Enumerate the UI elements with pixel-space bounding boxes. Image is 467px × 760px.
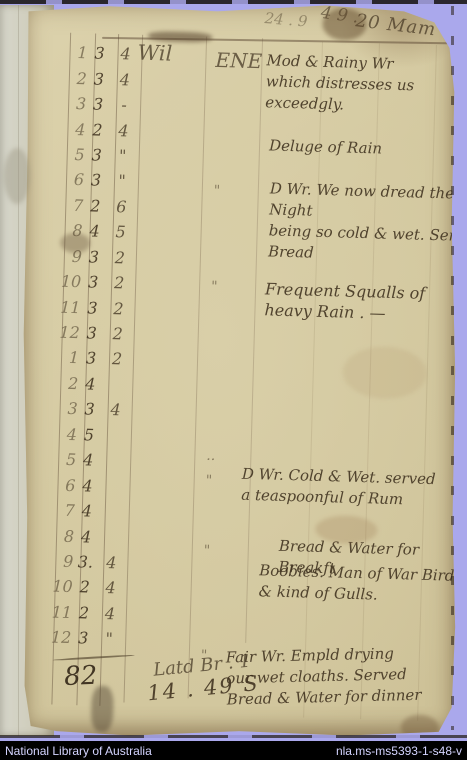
log-row: 9 3. 4 bbox=[47, 548, 140, 576]
scan-edge-top bbox=[0, 0, 467, 4]
fathoms-value bbox=[101, 435, 129, 436]
ditto-mark: .. bbox=[206, 448, 215, 464]
hour-value: 1 bbox=[61, 43, 88, 63]
hour-value: 10 bbox=[46, 577, 73, 597]
fathoms-value: 4 bbox=[101, 400, 130, 420]
knots-value: 3. bbox=[73, 552, 98, 572]
knots-value: 3 bbox=[71, 628, 96, 648]
hour-value: 12 bbox=[45, 628, 72, 648]
knots-value: 4 bbox=[76, 450, 101, 470]
hour-value: 1 bbox=[53, 348, 80, 368]
column-rule bbox=[188, 37, 207, 699]
manuscript-page: 24 . 9 4 9 . 20 Mam Wil ENE 1 3 4 2 bbox=[22, 4, 456, 737]
log-row: 4 2 4 bbox=[59, 116, 152, 144]
ink-stain bbox=[322, 8, 367, 41]
hour-value: 11 bbox=[54, 297, 81, 317]
log-row: 11 2 4 bbox=[46, 599, 139, 627]
fathoms-value: 2 bbox=[103, 349, 132, 369]
knots-value: 3 bbox=[84, 145, 109, 165]
hour-value: 7 bbox=[57, 195, 84, 215]
hour-value: 10 bbox=[55, 272, 82, 292]
knots-value: 2 bbox=[72, 603, 97, 623]
hour-value: 12 bbox=[54, 322, 81, 342]
knots-value: 3 bbox=[87, 69, 112, 89]
hour-value: 3 bbox=[51, 399, 78, 419]
log-row: 4 5 bbox=[51, 421, 144, 449]
knots-value: 4 bbox=[75, 476, 100, 496]
log-row: 5 3 " bbox=[58, 141, 151, 169]
fathoms-value: 4 bbox=[96, 578, 125, 598]
knots-value: 3 bbox=[81, 272, 106, 292]
log-table: 1 3 4 2 3 4 3 3 - bbox=[45, 40, 154, 653]
ditto-mark: " bbox=[211, 279, 218, 295]
fathoms-value: 2 bbox=[106, 248, 135, 268]
scan-edge-right bbox=[451, 6, 454, 730]
library-name-label: National Library of Australia bbox=[5, 744, 152, 758]
log-row: 7 4 bbox=[48, 497, 141, 525]
hour-value: 2 bbox=[52, 373, 79, 393]
fathoms-value bbox=[102, 384, 130, 385]
knots-value: 2 bbox=[72, 577, 97, 597]
page-content: 24 . 9 4 9 . 20 Mam Wil ENE 1 3 4 2 bbox=[2, 0, 467, 760]
knots-value: 4 bbox=[74, 527, 99, 547]
fathoms-value bbox=[100, 486, 128, 487]
remark-note: Deluge of Rain bbox=[269, 135, 383, 159]
hour-value: 7 bbox=[49, 500, 76, 520]
daily-total: 82 bbox=[64, 661, 98, 692]
hour-value: 2 bbox=[61, 68, 88, 88]
hour-value: 3 bbox=[60, 94, 87, 114]
fathoms-value: 4 bbox=[109, 120, 138, 140]
paper-stain bbox=[4, 148, 30, 204]
log-row: 2 4 bbox=[52, 370, 145, 398]
knots-value: 3 bbox=[80, 323, 105, 343]
hour-value: 9 bbox=[47, 551, 74, 571]
fathoms-value: 2 bbox=[104, 298, 133, 318]
hour-value: 4 bbox=[59, 119, 86, 139]
hour-value: 5 bbox=[59, 144, 86, 164]
log-row: 12 3 2 bbox=[53, 319, 146, 347]
ink-smear bbox=[91, 686, 114, 733]
fathoms-value bbox=[100, 461, 128, 462]
hour-value: 6 bbox=[58, 170, 85, 190]
remark-note: D Wr. We now dread the Night being so co… bbox=[268, 178, 467, 268]
paper-stain bbox=[342, 346, 427, 400]
ditto-mark: " bbox=[205, 473, 212, 489]
log-row: 3 3 4 bbox=[51, 396, 144, 424]
fathoms-value bbox=[98, 537, 126, 538]
knots-value: 3 bbox=[80, 298, 105, 318]
hour-value: 4 bbox=[51, 424, 78, 444]
knots-value: 3 bbox=[84, 171, 109, 191]
fathoms-value: 2 bbox=[104, 324, 133, 344]
log-row: 3 3 - bbox=[60, 90, 153, 118]
fathoms-value bbox=[99, 511, 127, 512]
fathoms-value: 4 bbox=[111, 70, 140, 90]
hour-value: 8 bbox=[48, 526, 75, 546]
fathoms-value: 5 bbox=[106, 222, 135, 242]
fathoms-value: 4 bbox=[97, 553, 126, 573]
knots-value: 2 bbox=[85, 120, 110, 140]
faint-scribble: 24 . 9 bbox=[264, 9, 308, 30]
remark-note: Mod & Rainy Wr which distresses us excee… bbox=[265, 50, 467, 119]
log-row: 6 4 bbox=[49, 472, 142, 500]
fathoms-value: 4 bbox=[111, 44, 140, 64]
fathoms-value: 4 bbox=[96, 604, 125, 624]
fathoms-value: 6 bbox=[107, 197, 136, 217]
footer-bar: National Library of Australia nla.ms-ms5… bbox=[0, 741, 467, 760]
log-row: 1 3 2 bbox=[53, 345, 146, 373]
remark-note: Boobies. Man of War Birds & kind of Gull… bbox=[258, 560, 462, 608]
log-row: 6 3 " bbox=[58, 167, 151, 195]
log-row: 8 4 bbox=[48, 523, 141, 551]
log-row: 5 4 bbox=[50, 446, 143, 474]
fathoms-value: " bbox=[95, 629, 124, 649]
scan-edge-bottom bbox=[0, 735, 467, 738]
log-row: 2 3 4 bbox=[61, 65, 154, 93]
knots-value: 4 bbox=[78, 374, 103, 394]
log-row: 12 3 " bbox=[45, 624, 138, 652]
log-row: 10 3 2 bbox=[55, 268, 148, 296]
knots-value: 3 bbox=[86, 94, 111, 114]
knots-value: 3 bbox=[87, 43, 112, 63]
log-row: 7 2 6 bbox=[57, 192, 150, 220]
log-row: 10 2 4 bbox=[46, 574, 139, 602]
log-row: 1 3 4 bbox=[61, 40, 154, 68]
remark-note: Frequent Squalls of heavy Rain . — bbox=[264, 278, 425, 324]
course-label: ENE bbox=[215, 48, 262, 73]
fathoms-value: " bbox=[108, 146, 137, 166]
hour-value: 11 bbox=[46, 602, 73, 622]
manuscript-id-label: nla.ms-ms5393-1-s48-v bbox=[336, 744, 462, 758]
knots-value: 3 bbox=[77, 399, 102, 419]
manuscript-scan: 24 . 9 4 9 . 20 Mam Wil ENE 1 3 4 2 bbox=[0, 0, 467, 760]
ditto-mark: " bbox=[204, 543, 211, 559]
date-note: 20 Mam bbox=[355, 10, 438, 40]
fathoms-value: - bbox=[110, 95, 139, 115]
log-row: 11 3 2 bbox=[54, 294, 147, 322]
remark-note: D Wr. Cold & Wet. served a teaspoonful o… bbox=[241, 464, 436, 511]
knots-value: 4 bbox=[75, 501, 100, 521]
hour-value: 6 bbox=[49, 475, 76, 495]
fathoms-value: 2 bbox=[105, 273, 134, 293]
knots-value: 5 bbox=[77, 425, 102, 445]
knots-value: 2 bbox=[83, 196, 108, 216]
hour-value: 5 bbox=[50, 450, 77, 470]
column-rule bbox=[245, 38, 263, 643]
knots-value: 3 bbox=[79, 349, 104, 369]
fathoms-value: " bbox=[108, 171, 137, 191]
ditto-mark: " bbox=[214, 183, 221, 199]
